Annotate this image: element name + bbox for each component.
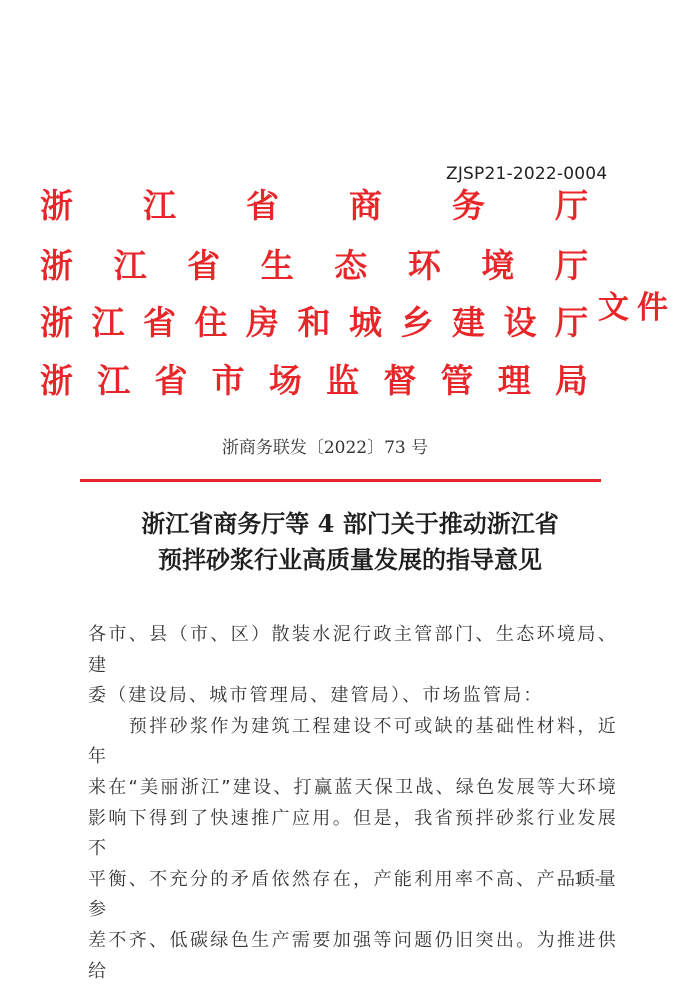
issuer-char: 乡 bbox=[401, 303, 434, 343]
issuer-char: 市 bbox=[212, 361, 245, 401]
issuer-char: 浙 bbox=[40, 361, 73, 401]
issuer-housing-construction: 浙江省住房和城乡建设厅 bbox=[40, 303, 588, 343]
issuer-char: 理 bbox=[498, 361, 531, 401]
document-body: 各市、县（市、区）散装水泥行政主管部门、生态环境局、建 委（建设局、城市管理局、… bbox=[88, 620, 618, 987]
issuer-char: 生 bbox=[261, 246, 294, 286]
issuer-char: 监 bbox=[326, 361, 359, 401]
issuer-market-regulation: 浙江省市场监督管理局 bbox=[40, 361, 588, 401]
document-label: 文件 bbox=[598, 282, 676, 327]
issuer-char: 管 bbox=[441, 361, 474, 401]
issuer-char: 务 bbox=[452, 186, 485, 226]
issuer-char: 商 bbox=[349, 186, 382, 226]
body-line: 影响下得到了快速推广应用。但是，我省预拌砂浆行业发展不 bbox=[88, 804, 618, 865]
issuer-char: 江 bbox=[143, 186, 176, 226]
body-line: 平衡、不充分的矛盾依然存在，产能利用率不高、产品质量参 bbox=[88, 865, 618, 926]
issuer-char: 省 bbox=[154, 361, 187, 401]
document-code: ZJSP21-2022-0004 bbox=[446, 164, 607, 184]
issuer-char: 厅 bbox=[555, 186, 588, 226]
issuer-commerce: 浙江省商务厅 bbox=[40, 186, 588, 226]
title-line-2: 预拌砂浆行业高质量发展的指导意见 bbox=[0, 542, 700, 578]
issuer-char: 省 bbox=[246, 186, 279, 226]
issuer-char: 建 bbox=[452, 303, 485, 343]
issuer-char: 江 bbox=[114, 246, 147, 286]
body-line: 各市、县（市、区）散装水泥行政主管部门、生态环境局、建 bbox=[88, 620, 618, 681]
issuer-char: 厅 bbox=[555, 303, 588, 343]
issuer-char: 境 bbox=[481, 246, 514, 286]
document-number: 浙商务联发〔2022〕73 号 bbox=[0, 433, 650, 458]
issuer-char: 城 bbox=[349, 303, 382, 343]
red-divider bbox=[80, 479, 601, 482]
issuer-char: 设 bbox=[504, 303, 537, 343]
issuer-char: 局 bbox=[555, 361, 588, 401]
issuer-char: 房 bbox=[246, 303, 279, 343]
issuer-char: 省 bbox=[143, 303, 176, 343]
issuer-char: 住 bbox=[195, 303, 228, 343]
body-line: 差不齐、低碳绿色生产需要加强等问题仍旧突出。为推进供给 bbox=[88, 926, 618, 987]
page-number: - 1 - bbox=[557, 869, 603, 888]
issuer-ecology-environment: 浙江省生态环境厅 bbox=[40, 246, 588, 286]
issuer-char: 督 bbox=[383, 361, 416, 401]
issuer-char: 和 bbox=[298, 303, 331, 343]
title-line-1: 浙江省商务厅等 4 部门关于推动浙江省 bbox=[0, 506, 700, 542]
body-line: 来在“美丽浙江”建设、打赢蓝天保卫战、绿色发展等大环境 bbox=[88, 773, 618, 804]
issuer-char: 江 bbox=[97, 361, 130, 401]
issuer-char: 场 bbox=[269, 361, 302, 401]
issuer-char: 省 bbox=[187, 246, 220, 286]
issuer-char: 厅 bbox=[555, 246, 588, 286]
issuer-char: 浙 bbox=[40, 186, 73, 226]
issuer-char: 浙 bbox=[40, 246, 73, 286]
issuer-char: 浙 bbox=[40, 303, 73, 343]
issuer-char: 环 bbox=[408, 246, 441, 286]
issuer-char: 态 bbox=[334, 246, 367, 286]
body-line: 委（建设局、城市管理局、建管局）、市场监管局： bbox=[88, 681, 618, 712]
document-title: 浙江省商务厅等 4 部门关于推动浙江省 预拌砂浆行业高质量发展的指导意见 bbox=[0, 506, 700, 578]
body-line: 预拌砂浆作为建筑工程建设不可或缺的基础性材料，近年 bbox=[88, 712, 618, 773]
issuer-char: 江 bbox=[92, 303, 125, 343]
